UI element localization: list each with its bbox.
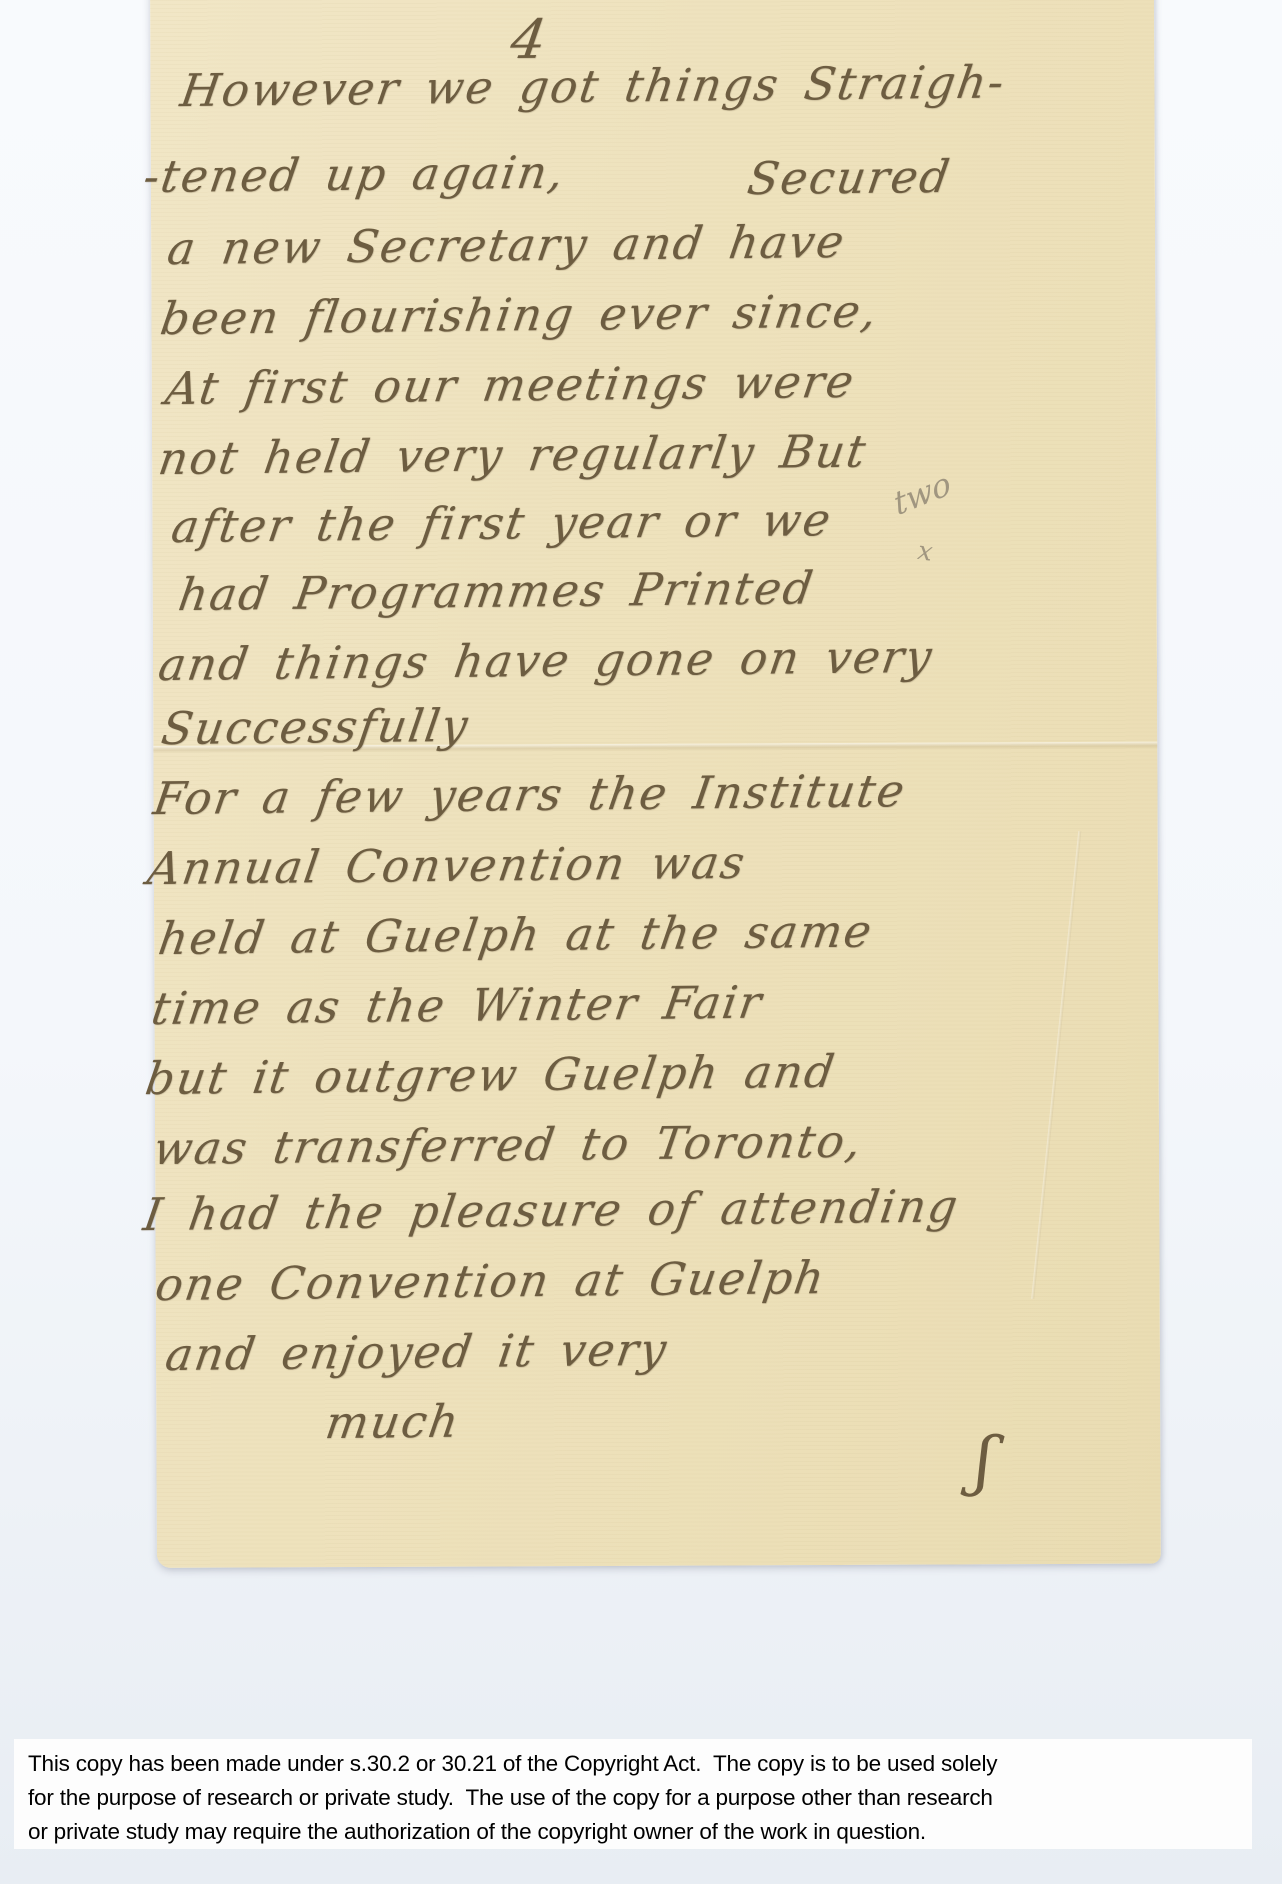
handwriting-line: was transferred to Toronto, (150, 1115, 866, 1176)
handwriting-line: had Programmes Printed (175, 561, 818, 621)
handwriting-line: However we got things Straigh- (177, 55, 1009, 117)
handwriting-line: held at Guelph at the same (155, 905, 877, 966)
handwriting-line: a new Secretary and have (164, 215, 849, 275)
handwriting-line: time as the Winter Fair (148, 976, 766, 1035)
copyright-line: This copy has been made under s.30.2 or … (14, 1739, 1252, 1781)
handwriting-line: not held very regularly But (155, 425, 871, 485)
handwriting-line: and things have gone on very (155, 630, 937, 691)
handwriting-line: much (322, 1395, 464, 1449)
handwriting-line: been flourishing ever since, (157, 284, 882, 345)
handwriting-line: I had the pleasure of attending (140, 1179, 963, 1241)
handwriting-line: but it outgrew Guelph and (142, 1045, 839, 1105)
handwriting-line: Secured (744, 150, 954, 205)
vertical-crease (1031, 831, 1081, 1299)
copyright-line: for the purpose of research or private s… (14, 1781, 1252, 1815)
handwriting-line: -tened up again, (140, 146, 569, 203)
handwriting-line: and enjoyed it very (162, 1323, 671, 1381)
handwriting-line: At first our meetings were (162, 355, 859, 415)
handwriting-line: Annual Convention was (144, 836, 750, 895)
handwriting-line: For a few years the Institute (150, 764, 910, 825)
handwriting-line: Successfully (158, 699, 473, 755)
copyright-notice: This copy has been made under s.30.2 or … (14, 1739, 1252, 1849)
handwriting-line: after the first year or we (168, 493, 836, 553)
scanned-letter-screenshot: 4 However we got things Straigh- -tened … (0, 0, 1282, 1884)
handwriting-line: one Convention at Guelph (152, 1251, 829, 1311)
copyright-line: or private study may require the authori… (14, 1815, 1252, 1849)
